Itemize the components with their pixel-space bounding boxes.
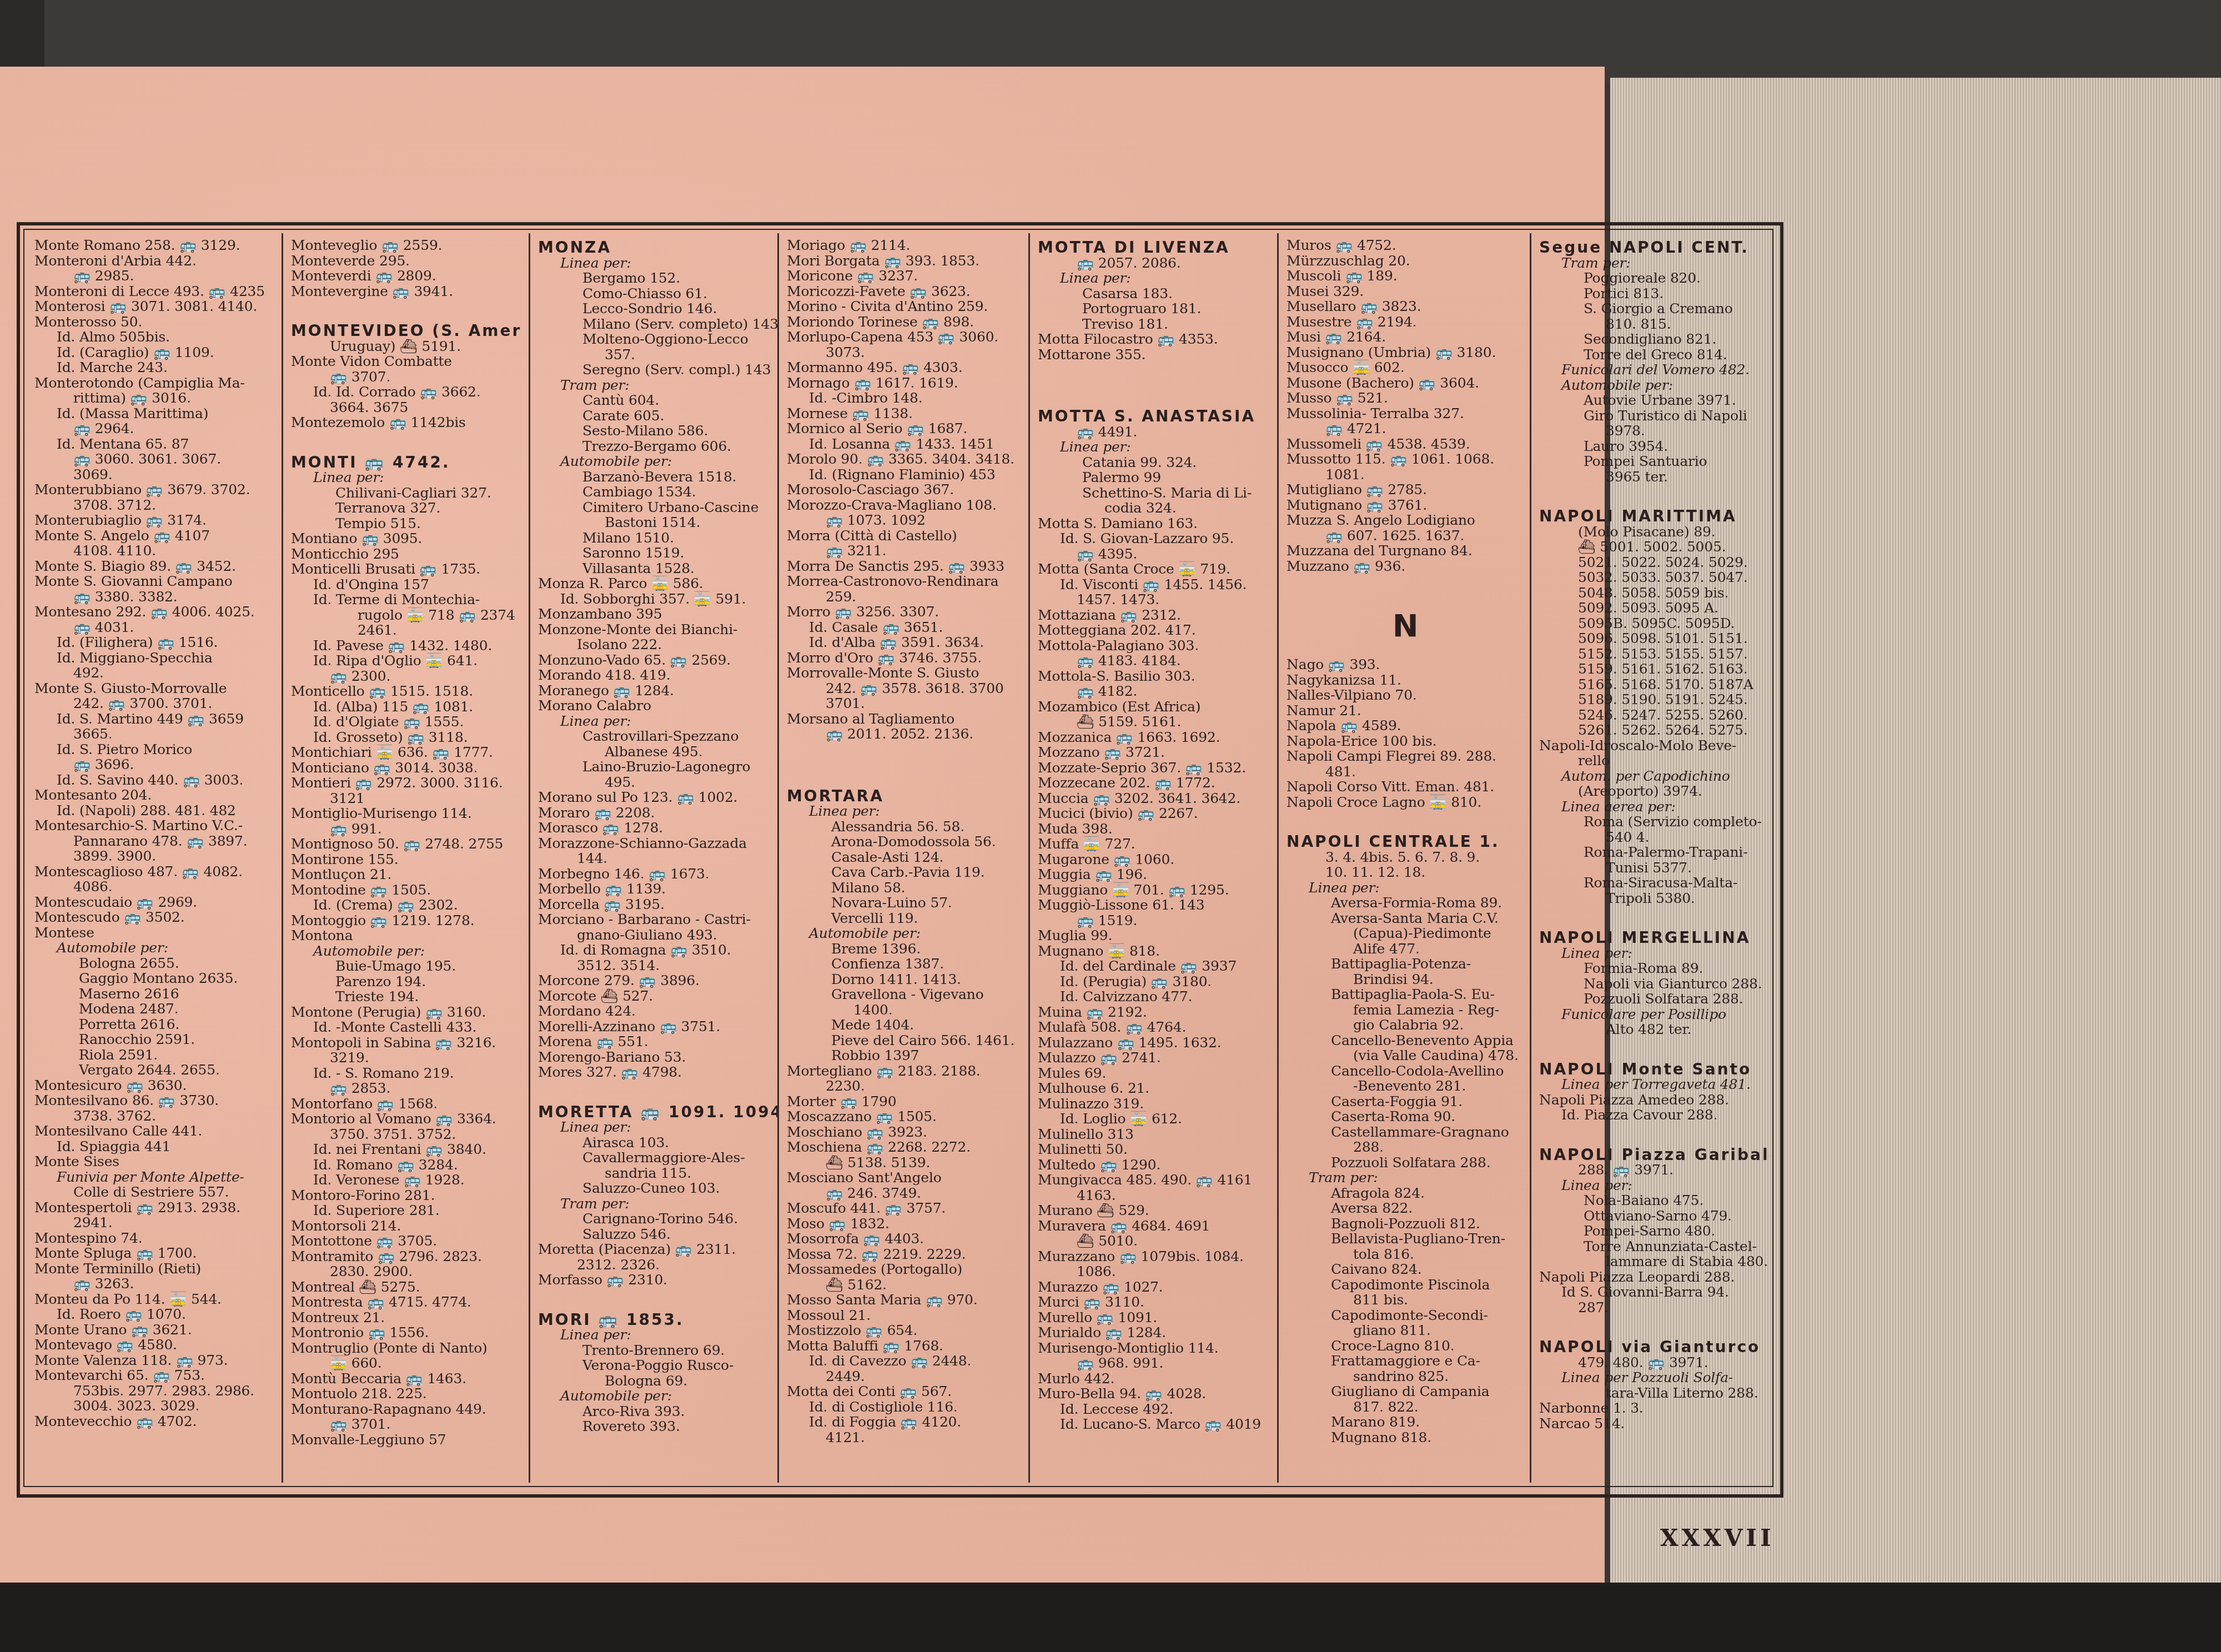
route-item: Como-Chiasso 61.	[538, 286, 772, 302]
idem-subentry: Id. Piazza Cavour 288.	[1539, 1107, 1765, 1123]
index-entry: Napoli Corso Vitt. Eman. 481.	[1287, 779, 1524, 795]
route-item-continuation: 495.	[538, 775, 772, 790]
route-item-continuation: lammare di Stabia 480.	[1539, 1254, 1765, 1269]
index-entry: Multedo 🚌 1290.	[1038, 1157, 1272, 1173]
route-item: Gravellona - Vigevano	[787, 987, 1023, 1002]
index-entry: Monteveglio 🚌 2559.	[291, 238, 523, 253]
entry-continuation: (Areoporto) 3974.	[1539, 784, 1765, 799]
route-item: Portogruaro 181.	[1038, 301, 1272, 317]
spacer	[1038, 384, 1272, 406]
idem-subentry: Id S. Giovanni-Barra 94.	[1539, 1284, 1765, 1300]
index-entry: Mosciano Sant'Angelo	[787, 1170, 1023, 1186]
index-entry: Moretta (Piacenza) 🚌 2311.	[538, 1242, 772, 1257]
index-entry: Muscoli 🚌 189.	[1287, 268, 1524, 284]
index-entry: Napoli-Idroscalo-Molo Beve-	[1539, 738, 1765, 754]
index-entry: Mugnano 🚋 818.	[1038, 943, 1272, 959]
index-entry: Murlo 442.	[1038, 1371, 1272, 1387]
index-entry: Motta dei Conti 🚌 567.	[787, 1384, 1023, 1399]
service-type-label: Linea per:	[538, 1119, 772, 1135]
entry-continuation: 3899. 3900.	[34, 848, 276, 864]
index-entry: Muggiano 🚋 701. 🚌 1295.	[1038, 882, 1272, 898]
route-item: Casarsa 183.	[1038, 286, 1272, 302]
index-entry: Montorfano 🚌 1568.	[291, 1096, 523, 1112]
index-entry: Mürzzuschlag 20.	[1287, 253, 1524, 269]
service-type-label: Automobile per:	[1539, 378, 1765, 393]
index-entry: Morano sul Po 123. 🚌 1002.	[538, 790, 772, 805]
entry-continuation: 3665.	[34, 726, 276, 742]
route-item: Pieve del Cairo 566. 1461.	[787, 1033, 1023, 1048]
entry-continuation: 144.	[538, 851, 772, 866]
route-item-continuation: femia Lamezia - Reg-	[1287, 1002, 1524, 1018]
index-entry: Montronio 🚌 1556.	[291, 1325, 523, 1340]
station-heading: MOTTA DI LIVENZA	[1038, 240, 1272, 255]
idem-subentry: Id. Marche 243.	[34, 360, 276, 375]
entry-continuation: 5152. 5153. 5155. 5157.	[1539, 646, 1765, 662]
idem-subentry: Id. di Cavezzo 🚌 2448.	[787, 1353, 1023, 1369]
index-entry: Moranego 🚌 1284.	[538, 683, 772, 699]
spacer	[291, 299, 523, 321]
entry-continuation: (Molo Pisacane) 89.	[1539, 524, 1765, 540]
index-entry: Mossa 72. 🚌 2219. 2229.	[787, 1247, 1023, 1262]
entry-continuation: 🚌 4031.	[34, 620, 276, 635]
service-type-label: Tram per:	[538, 378, 772, 393]
index-entry: Napoli Piazza Amedeo 288.	[1539, 1092, 1765, 1108]
entry-continuation: 481.	[1287, 764, 1524, 780]
service-type-label: Linea aerea per:	[1539, 799, 1765, 815]
route-item-continuation: Bologna 69.	[538, 1373, 772, 1389]
index-entry: Montesicuro 🚌 3630.	[34, 1078, 276, 1093]
station-heading: NAPOLI MERGELLINA	[1539, 930, 1765, 946]
station-heading: NAPOLI MARITTIMA	[1539, 509, 1765, 524]
service-type-label: Linea per:	[787, 804, 1023, 819]
route-item: Caivano 824.	[1287, 1262, 1524, 1277]
idem-subentry: Id. Superiore 281.	[291, 1203, 523, 1218]
station-heading: MONTEVIDEO (S. Amer	[291, 323, 523, 339]
entry-continuation: 🚌 3701.	[291, 1417, 523, 1432]
index-entry: Monterosso 50.	[34, 314, 276, 330]
station-heading: MOTTA S. ANASTASIA	[1038, 409, 1272, 424]
entry-continuation: Isolano 222.	[538, 637, 772, 652]
index-entry: Morando 418. 419.	[538, 667, 772, 683]
index-entry: Morena 🚌 551.	[538, 1034, 772, 1050]
idem-subentry: Id. -Monte Castelli 433.	[291, 1020, 523, 1035]
index-entry: Montresta 🚌 4715. 4774.	[291, 1294, 523, 1310]
index-entry: Mozambico (Est Africa)	[1038, 699, 1272, 715]
idem-subentry: Id. Calvizzano 477.	[1038, 989, 1272, 1005]
entry-continuation: 🚌 4395.	[1038, 546, 1272, 562]
index-entry: Mutignano 🚌 3761.	[1287, 498, 1524, 513]
index-entry: Morfasso 🚌 2310.	[538, 1272, 772, 1288]
idem-subentry: Id. Romano 🚌 3284.	[291, 1157, 523, 1173]
index-entry: Moricone 🚌 3237.	[787, 268, 1023, 284]
index-entry: Mulafà 508. 🚌 4764.	[1038, 1020, 1272, 1035]
idem-subentry: Id. Mentana 65. 87	[34, 436, 276, 452]
route-item: Pompei-Sarno 480.	[1539, 1223, 1765, 1239]
index-entry: Mussolinia- Terralba 327.	[1287, 406, 1524, 421]
route-item-continuation: -Benevento 281.	[1287, 1078, 1524, 1094]
route-item: Cantù 604.	[538, 393, 772, 408]
spacer	[1539, 1315, 1765, 1337]
column-5: MOTTA DI LIVENZA🚌 2057. 2086.Linea per:C…	[1030, 233, 1279, 1483]
station-heading: NAPOLI via Gianturco	[1539, 1339, 1765, 1355]
entry-continuation: 🚌 4491.	[1038, 424, 1272, 440]
route-item: Riola 2591.	[34, 1047, 276, 1063]
entry-continuation: 4108. 4110.	[34, 543, 276, 559]
index-entry: Monteu da Po 114. 🚋 544.	[34, 1292, 276, 1307]
index-entry: Murazzano 🚌 1079bis. 1084.	[1038, 1249, 1272, 1264]
column-3: MONZALinea per:Bergamo 152.Como-Chiasso …	[530, 233, 779, 1483]
index-entry: Namur 21.	[1287, 703, 1524, 719]
entry-continuation: gnano-Giuliano 493.	[538, 927, 772, 943]
index-entry: Mulazzano 🚌 1495. 1632.	[1038, 1035, 1272, 1051]
index-entry: Moraro 🚌 2208.	[538, 805, 772, 821]
entry-continuation: 🚌 2985.	[34, 268, 276, 284]
index-entry: Morlupo-Capena 453 🚌 3060.	[787, 329, 1023, 345]
entry-continuation: 1457. 1473.	[1038, 592, 1272, 607]
route-item: Cancello-Codola-Avellino	[1287, 1063, 1524, 1079]
route-item: Aversa-Formia-Roma 89.	[1287, 895, 1524, 911]
index-entry: Motta Filocastro 🚌 4353.	[1038, 332, 1272, 347]
index-entry: Mulinazzo 319.	[1038, 1096, 1272, 1112]
index-entry: Montezemolo 🚌 1142bis	[291, 415, 523, 430]
entry-continuation: 🚌 2011. 2052. 2136.	[787, 726, 1023, 742]
service-type-label: Linea per:	[538, 1327, 772, 1343]
entry-continuation: 🚌 1519.	[1038, 913, 1272, 928]
idem-subentry: Id. Spiaggia 441	[34, 1139, 276, 1154]
index-entry: Mottola-Palagiano 303.	[1038, 638, 1272, 654]
route-item: Arona-Domodossola 56.	[787, 834, 1023, 850]
index-entry: Mugarone 🚌 1060.	[1038, 852, 1272, 867]
route-item: Seregno (Serv. compl.) 143	[538, 362, 772, 378]
service-type-label: Linea per Pozzuoli Solfa-	[1539, 1370, 1765, 1385]
index-entry: Monzuno-Vado 65. 🚌 2569.	[538, 652, 772, 668]
entry-continuation: 5165. 5168. 5170. 5187A	[1539, 677, 1765, 692]
index-entry: Motta (Santa Croce 🚋 719.	[1038, 561, 1272, 577]
route-item-continuation: sandrino 825.	[1287, 1369, 1524, 1384]
service-type-label: Funicolare per Posillipo	[1539, 1007, 1765, 1022]
entry-continuation: 🚌 2300.	[291, 669, 523, 684]
index-entry: Montluçon 21.	[291, 867, 523, 882]
entry-continuation: Colle di Sestriere 557.	[34, 1184, 276, 1200]
idem-subentry: Id. (Alba) 115 🚌 1081.	[291, 699, 523, 715]
idem-subentry: Id. (Napoli) 288. 481. 482	[34, 803, 276, 819]
column-4: Moriago 🚌 2114.Mori Borgata 🚌 393. 1853.…	[779, 233, 1030, 1483]
spacer	[1287, 574, 1524, 596]
route-item-continuation: (Capua)-Piedimonte	[1287, 926, 1524, 941]
index-entry: Montesilvano 86. 🚌 3730.	[34, 1093, 276, 1108]
idem-subentry: Id. di Foggia 🚌 4120.	[787, 1414, 1023, 1430]
index-entry: Muravera 🚌 4684. 4691	[1038, 1218, 1272, 1234]
route-item-continuation: 3965 ter.	[1539, 469, 1765, 485]
service-type-label: Linea per:	[1539, 946, 1765, 961]
entry-continuation: 🚌 3211.	[787, 543, 1023, 559]
entry-continuation: 3750. 3751. 3752.	[291, 1127, 523, 1142]
index-entry: Moscufo 441. 🚌 3757.	[787, 1201, 1023, 1216]
route-item-continuation: 2461.	[291, 622, 523, 638]
index-entry: Morosolo-Casciago 367.	[787, 482, 1023, 498]
index-entry: Napoli Campi Flegrei 89. 288.	[1287, 749, 1524, 764]
index-entry: Muzzana del Turgnano 84.	[1287, 543, 1524, 559]
route-item: Battipaglia-Potenza-	[1287, 956, 1524, 972]
index-entry: Mosso Santa Maria 🚌 970.	[787, 1292, 1023, 1308]
index-entry: Morengo-Bariano 53.	[538, 1050, 772, 1065]
index-entry: Montreux 21.	[291, 1310, 523, 1325]
index-entry: Napoli Piazza Leopardi 288.	[1539, 1269, 1765, 1285]
entry-continuation: 3664. 3675	[291, 400, 523, 415]
index-entry: Monterotondo (Campiglia Ma-	[34, 375, 276, 391]
route-item: Treviso 181.	[1038, 317, 1272, 332]
entry-continuation: 4086.	[34, 879, 276, 895]
index-entry: Montorio al Vomano 🚌 3364.	[291, 1111, 523, 1127]
idem-subentry: Id. Veronese 🚌 1928.	[291, 1172, 523, 1188]
idem-subentry: Id. Ripa d'Oglio 🚋 641.	[291, 653, 523, 669]
entry-continuation: 3512. 3514.	[538, 958, 772, 973]
route-item-continuation: 540 4.	[1539, 830, 1765, 845]
route-item-continuation: tara-Villa Literno 288.	[1539, 1385, 1765, 1401]
index-entry: Morolo 90. 🚌 3365. 3404. 3418.	[787, 451, 1023, 467]
spacer	[787, 764, 1023, 786]
route-item-continuation: rugolo 🚋 718 🚌 2374	[291, 607, 523, 623]
index-entry: Mormanno 495. 🚌 4303.	[787, 360, 1023, 375]
route-item: Alessandria 56. 58.	[787, 819, 1023, 835]
entry-continuation: 5092. 5093. 5095 A.	[1539, 600, 1765, 616]
index-entry: Monte Vidon Combatte	[291, 354, 523, 369]
route-item-continuation: 3978.	[1539, 423, 1765, 439]
index-entry: Montopoli in Sabina 🚌 3216.	[291, 1035, 523, 1051]
index-entry: Montignoso 50. 🚌 2748. 2755	[291, 836, 523, 852]
index-entry: Montespino 74.	[34, 1231, 276, 1246]
route-item: Cancello-Benevento Appia	[1287, 1033, 1524, 1048]
index-entry: Monte Terminillo (Rieti)	[34, 1261, 276, 1277]
index-entry: Monte S. Giusto-Morrovalle	[34, 681, 276, 696]
entry-continuation: Uruguay) ⛴ 5191.	[291, 339, 523, 354]
index-entry: Montese	[34, 925, 276, 941]
route-item-continuation: Alife 477.	[1287, 941, 1524, 957]
idem-subentry: Id. Almo 505bis.	[34, 329, 276, 345]
index-entry: Monte S. Biagio 89. 🚌 3452.	[34, 559, 276, 574]
entry-continuation: 3121	[291, 791, 523, 806]
index-entry: Monte Spluga 🚌 1700.	[34, 1246, 276, 1261]
idem-subentry: Id. (Rignano Flaminio) 453	[787, 467, 1023, 483]
index-entry: Mosorrofa 🚌 4403.	[787, 1231, 1023, 1247]
idem-subentry: Id. Visconti 🚌 1455. 1456.	[1038, 577, 1272, 592]
index-entry: Mozzecane 202. 🚌 1772.	[1038, 775, 1272, 791]
idem-subentry: Id. S. Pietro Morico	[34, 742, 276, 757]
entry-continuation: 🚌 4182.	[1038, 684, 1272, 699]
index-entry: Monticiano 🚌 3014. 3038.	[291, 760, 523, 776]
index-entry: Montevergine 🚌 3941.	[291, 284, 523, 299]
route-item-continuation: 817. 822.	[1287, 1399, 1524, 1415]
service-type-label: Linea per:	[1038, 439, 1272, 455]
index-entry: Moso 🚌 1832.	[787, 1216, 1023, 1232]
entry-continuation: Pannarano 478. 🚌 3897.	[34, 833, 276, 849]
route-item: Roma-Siracusa-Malta-	[1539, 875, 1765, 891]
service-type-label: Automobile per:	[291, 943, 523, 959]
index-entry: Morino - Civita d'Antino 259.	[787, 299, 1023, 314]
route-item: Arco-Riva 393.	[538, 1404, 772, 1419]
index-entry: Morcella 🚌 3195.	[538, 897, 772, 912]
index-entry: Monteroni di Lecce 493. 🚌 4235	[34, 284, 276, 299]
index-entry: Motta Baluffi 🚌 1768.	[787, 1338, 1023, 1354]
index-entry: Murisengo-Montiglio 114.	[1038, 1340, 1272, 1356]
index-entry: Montorsoli 214.	[291, 1218, 523, 1234]
index-entry: Monteverde 295.	[291, 253, 523, 269]
station-heading: NAPOLI Monte Santo	[1539, 1062, 1765, 1077]
index-entry: Morozzo-Crava-Magliano 108.	[787, 498, 1023, 513]
spacer	[1038, 362, 1272, 384]
index-entry: Mozzano 🚌 3721.	[1038, 745, 1272, 760]
route-item: Confienza 1387.	[787, 956, 1023, 972]
route-item: Torre del Greco 814.	[1539, 347, 1765, 363]
index-entry: Morra De Sanctis 295. 🚌 3933	[787, 559, 1023, 574]
route-item: Sesto-Milano 586.	[538, 423, 772, 439]
entry-continuation: ⛴ 5162.	[787, 1277, 1023, 1293]
index-entry: Montoggio 🚌 1219. 1278.	[291, 913, 523, 928]
index-entry: Narcao 514.	[1539, 1416, 1765, 1432]
index-entry: Mordano 424.	[538, 1003, 772, 1019]
entry-continuation: rello	[1539, 753, 1765, 769]
index-entry: Montieri 🚌 2972. 3000. 3116.	[291, 775, 523, 791]
index-entry: Mulhouse 6. 21.	[1038, 1081, 1272, 1096]
entry-continuation: 3219.	[291, 1050, 523, 1066]
spacer	[1539, 1037, 1765, 1060]
route-item: Laino-Bruzio-Lagonegro	[538, 759, 772, 775]
idem-subentry: Id. Terme di Montechia-	[291, 592, 523, 607]
index-entry: Montevarchi 65. 🚌 753.	[34, 1368, 276, 1383]
route-item: Tempio 515.	[291, 516, 523, 531]
entry-continuation: 288. 🚌 3971.	[1539, 1162, 1765, 1178]
route-item-continuation: Bastoni 1514.	[538, 515, 772, 530]
entry-continuation: 🚌 3696.	[34, 757, 276, 772]
service-type-label: Linea per:	[1539, 1178, 1765, 1193]
entry-continuation: 🚌 4183. 4184.	[1038, 653, 1272, 669]
index-entry: Musocco 🚋 602.	[1287, 360, 1524, 375]
index-columns: Monte Romano 258. 🚌 3129.Monteroni d'Arb…	[27, 233, 1770, 1483]
route-item: Mugnano 818.	[1287, 1430, 1524, 1445]
index-entry: Nalles-Vilpiano 70.	[1287, 687, 1524, 703]
idem-subentry: Id. d'Ongina 157	[291, 577, 523, 592]
index-entry: Morano Calabro	[538, 698, 772, 714]
idem-subentry: Id. Miggiano-Specchia	[34, 650, 276, 666]
entry-continuation: ⛴ 5001. 5002. 5005.	[1539, 539, 1765, 555]
index-entry: Morro 🚌 3256. 3307.	[787, 604, 1023, 620]
index-entry: Montesanto 204.	[34, 787, 276, 803]
route-item: Novara-Luino 57.	[787, 895, 1023, 911]
idem-subentry: Id. S. Martino 449 🚌 3659	[34, 711, 276, 727]
column-1: Monte Romano 258. 🚌 3129.Monteroni d'Arb…	[27, 233, 283, 1483]
index-entry: Monte S. Giovanni Campano	[34, 574, 276, 589]
service-type-label: Automobile per:	[538, 454, 772, 469]
route-item: Cava Carb.-Pavia 119.	[787, 865, 1023, 880]
route-item: Poggioreale 820.	[1539, 270, 1765, 286]
route-item: Croce-Lagno 810.	[1287, 1338, 1524, 1354]
index-entry: Murazzo 🚌 1027.	[1038, 1279, 1272, 1295]
index-entry: Mozzate-Seprio 367. 🚌 1532.	[1038, 760, 1272, 776]
route-item-continuation: Alto 482 ter.	[1539, 1022, 1765, 1037]
route-item: Portici 813.	[1539, 286, 1765, 302]
idem-subentry: Id. S. Giovan-Lazzaro 95.	[1038, 531, 1272, 546]
route-item: Saronno 1519.	[538, 545, 772, 561]
service-type-label: Automobile per:	[787, 926, 1023, 941]
route-item: Battipaglia-Paola-S. Eu-	[1287, 987, 1524, 1002]
index-entry: Moschiano 🚌 3923.	[787, 1124, 1023, 1140]
index-entry: Morter 🚌 1790	[787, 1094, 1023, 1109]
entry-continuation: 🚌 2057. 2086.	[1038, 255, 1272, 271]
entry-continuation: 479. 480. 🚌 3971.	[1539, 1355, 1765, 1370]
index-entry: Montodine 🚌 1505.	[291, 882, 523, 898]
service-type-label: Funivia per Monte Alpette-	[34, 1169, 276, 1185]
route-item: Barzanò-Bevera 1518.	[538, 469, 772, 485]
entry-continuation: 5189. 5190. 5191. 5245.	[1539, 692, 1765, 707]
route-item: Verona-Poggio Rusco-	[538, 1358, 772, 1373]
index-entry: Monterosi 🚌 3071. 3081. 4140.	[34, 299, 276, 314]
route-item: Giugliano di Campania	[1287, 1384, 1524, 1399]
route-item: Autovie Urbane 3971.	[1539, 393, 1765, 408]
route-item: Pompei Santuario	[1539, 454, 1765, 469]
index-entry: Moricozzi-Favete 🚌 3623.	[787, 284, 1023, 299]
index-entry: Musellaro 🚌 3823.	[1287, 299, 1524, 314]
index-entry: Mules 69.	[1038, 1066, 1272, 1081]
route-item: Parenzo 194.	[291, 974, 523, 990]
route-item: Airasca 103.	[538, 1135, 772, 1151]
index-entry: Mottola-S. Basilio 303.	[1038, 669, 1272, 684]
route-item: Castrovillari-Spezzano	[538, 729, 772, 744]
index-entry: Montesarchio-S. Martino V.C.-	[34, 818, 276, 833]
route-item: Bergamo 152.	[538, 270, 772, 286]
index-entry: Muros 🚌 4752.	[1287, 238, 1524, 253]
entry-continuation: 4121.	[787, 1430, 1023, 1445]
index-entry: Morazzone-Schianno-Gazzada	[538, 836, 772, 851]
entry-continuation: 242. 🚌 3700. 3701.	[34, 696, 276, 711]
route-item: Bellavista-Pugliano-Tren-	[1287, 1231, 1524, 1247]
entry-continuation: 🚌 4721.	[1287, 421, 1524, 436]
index-entry: Monticchio 295	[291, 546, 523, 562]
column-7: Segue NAPOLI CENT.Tram per:Poggioreale 8…	[1531, 233, 1770, 1483]
index-entry: Mori Borgata 🚌 393. 1853.	[787, 253, 1023, 269]
index-entry: Montesilvano Calle 441.	[34, 1123, 276, 1139]
entry-continuation: 3701.	[787, 696, 1023, 711]
entry-continuation: 287.	[1539, 1300, 1765, 1315]
entry-continuation: 3073.	[787, 345, 1023, 360]
route-item: Maserno 2616	[34, 986, 276, 1002]
idem-subentry: Id. d'Olgiate 🚌 1555.	[291, 714, 523, 730]
index-entry: Montramito 🚌 2796. 2823.	[291, 1249, 523, 1264]
route-item: Nola-Baiano 475.	[1539, 1193, 1765, 1208]
route-item: Trento-Brennero 69.	[538, 1343, 772, 1358]
index-entry: Montescudo 🚌 3502.	[34, 910, 276, 925]
index-entry: Monte Valenza 118. 🚌 973.	[34, 1353, 276, 1368]
index-entry: Musso 🚌 521.	[1287, 390, 1524, 406]
entry-continuation: 2449.	[787, 1369, 1023, 1384]
index-entry: Musei 329.	[1287, 284, 1524, 299]
route-item: Napoli via Gianturco 288.	[1539, 976, 1765, 992]
route-item: Caserta-Foggia 91.	[1287, 1094, 1524, 1109]
service-type-label: Funicolari del Vomero 482.	[1539, 362, 1765, 378]
index-entry: Muglia 99.	[1038, 928, 1272, 943]
index-entry: Mucici (bivio) 🚌 2267.	[1038, 806, 1272, 821]
index-entry: Morra (Città di Castello)	[787, 528, 1023, 544]
index-entry: Musi 🚌 2164.	[1287, 329, 1524, 345]
index-entry: Mussotto 115. 🚌 1061. 1068.	[1287, 451, 1524, 467]
index-entry: Mulinetti 50.	[1038, 1142, 1272, 1157]
index-entry: Mulazzo 🚌 2741.	[1038, 1050, 1272, 1066]
service-type-label: Linea per:	[538, 255, 772, 271]
index-entry: Muina 🚌 2192.	[1038, 1005, 1272, 1020]
index-entry: Motta S. Damiano 163.	[1038, 516, 1272, 531]
route-item: Buie-Umago 195.	[291, 958, 523, 974]
index-entry: Mottarone 355.	[1038, 347, 1272, 363]
route-item: Modena 2487.	[34, 1001, 276, 1017]
